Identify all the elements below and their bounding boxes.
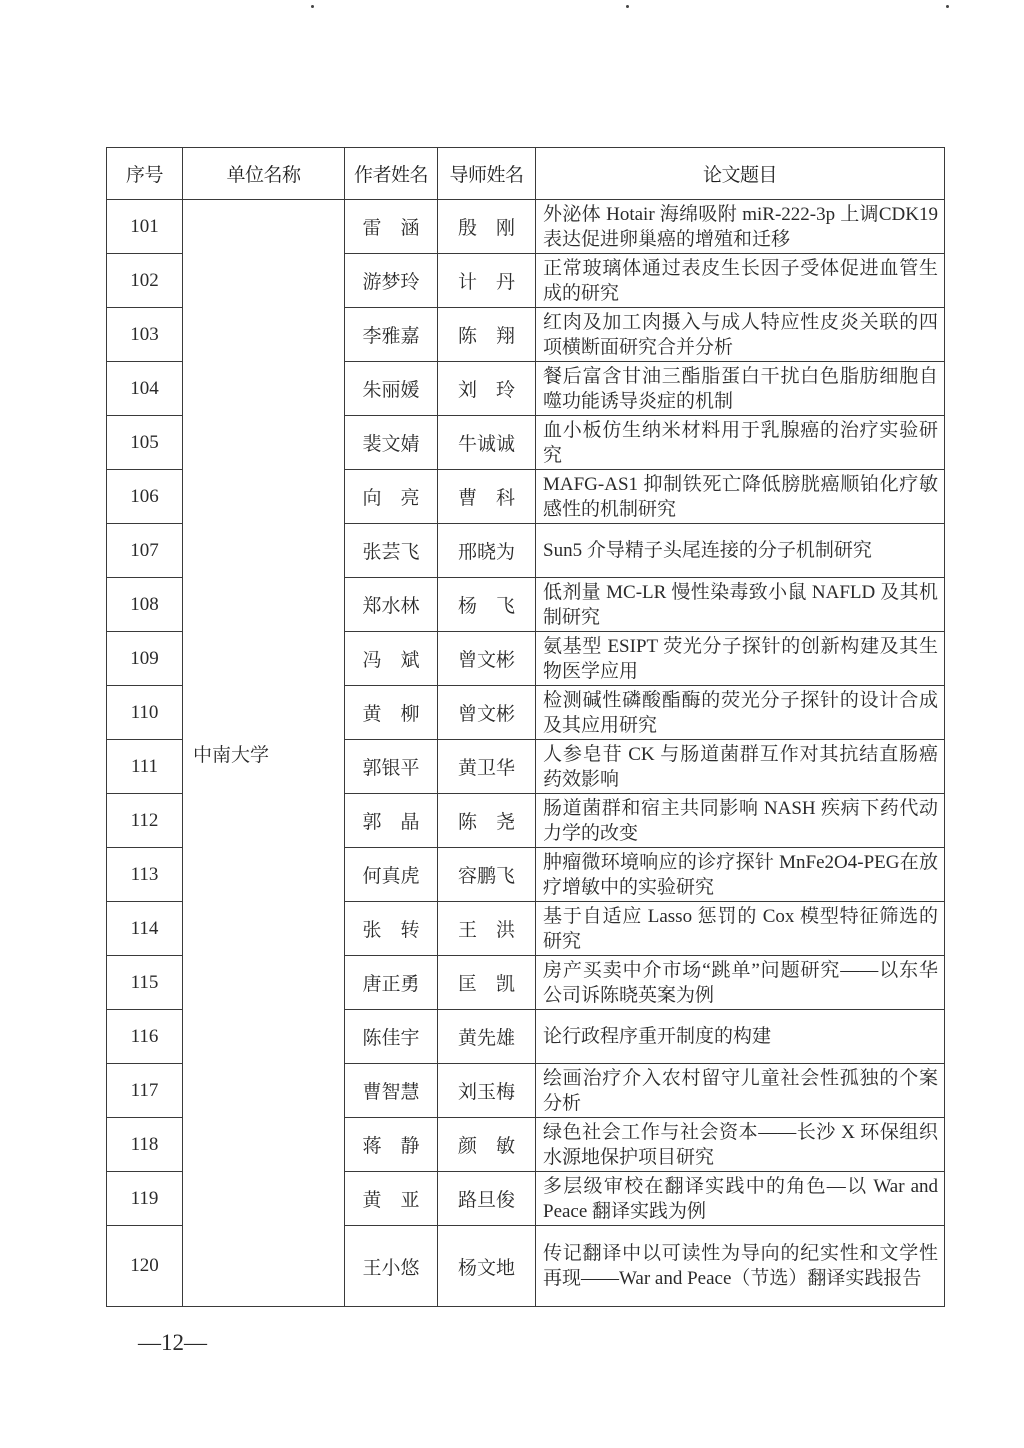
cell-title: 氨基型 ESIPT 荧光分子探针的创新构建及其生物医学应用 xyxy=(536,632,945,686)
cell-title: 绿色社会工作与社会资本——长沙 X 环保组织水源地保护项目研究 xyxy=(536,1118,945,1172)
cell-seq: 105 xyxy=(107,416,183,470)
cell-author: 郭 晶 xyxy=(345,794,438,848)
cell-seq: 106 xyxy=(107,470,183,524)
cell-unit-name: 中南大学 xyxy=(183,200,345,1307)
cell-seq: 101 xyxy=(107,200,183,254)
cell-author: 游梦玲 xyxy=(345,254,438,308)
cell-advisor: 殷 刚 xyxy=(438,200,536,254)
cell-advisor: 刘玉梅 xyxy=(438,1064,536,1118)
cell-seq: 114 xyxy=(107,902,183,956)
cell-seq: 111 xyxy=(107,740,183,794)
cell-seq: 112 xyxy=(107,794,183,848)
cell-author: 裴文婧 xyxy=(345,416,438,470)
cell-seq: 107 xyxy=(107,524,183,578)
cell-advisor: 黄先雄 xyxy=(438,1010,536,1064)
cell-seq: 119 xyxy=(107,1172,183,1226)
cell-title: 传记翻译中以可读性为导向的纪实性和文学性再现——War and Peace（节选… xyxy=(536,1226,945,1307)
cell-title: 多层级审校在翻译实践中的角色—以 War and Peace 翻译实践为例 xyxy=(536,1172,945,1226)
cell-title: 低剂量 MC-LR 慢性染毒致小鼠 NAFLD 及其机制研究 xyxy=(536,578,945,632)
cell-advisor: 颜 敏 xyxy=(438,1118,536,1172)
cell-author: 蒋 静 xyxy=(345,1118,438,1172)
table-row: 101 中南大学 雷 涵 殷 刚 外泌体 Hotair 海绵吸附 miR-222… xyxy=(107,200,945,254)
cell-advisor: 牛诚诚 xyxy=(438,416,536,470)
cell-author: 何真虎 xyxy=(345,848,438,902)
cell-author: 陈佳宇 xyxy=(345,1010,438,1064)
page-number: —12— xyxy=(138,1330,207,1356)
cell-author: 冯 斌 xyxy=(345,632,438,686)
cell-author: 唐正勇 xyxy=(345,956,438,1010)
cell-author: 黄 柳 xyxy=(345,686,438,740)
cell-title: 绘画治疗介入农村留守儿童社会性孤独的个案分析 xyxy=(536,1064,945,1118)
header-author: 作者姓名 xyxy=(345,148,438,200)
cell-title: 房产买卖中介市场“跳单”问题研究——以东华公司诉陈晓英案为例 xyxy=(536,956,945,1010)
cell-title: 论行政程序重开制度的构建 xyxy=(536,1010,945,1064)
cell-title: 血小板仿生纳米材料用于乳腺癌的治疗实验研究 xyxy=(536,416,945,470)
cell-advisor: 陈 尧 xyxy=(438,794,536,848)
cell-seq: 118 xyxy=(107,1118,183,1172)
award-list-table-container: 序号 单位名称 作者姓名 导师姓名 论文题目 101 中南大学 雷 涵 殷 刚 … xyxy=(106,147,944,1307)
cell-title: Sun5 介导精子头尾连接的分子机制研究 xyxy=(536,524,945,578)
cell-seq: 117 xyxy=(107,1064,183,1118)
cell-seq: 116 xyxy=(107,1010,183,1064)
cell-title: 餐后富含甘油三酯脂蛋白干扰白色脂肪细胞自噬功能诱导炎症的机制 xyxy=(536,362,945,416)
cell-author: 曹智慧 xyxy=(345,1064,438,1118)
header-title: 论文题目 xyxy=(536,148,945,200)
cell-advisor: 曾文彬 xyxy=(438,632,536,686)
cell-seq: 102 xyxy=(107,254,183,308)
cell-advisor: 黄卫华 xyxy=(438,740,536,794)
table-body: 101 中南大学 雷 涵 殷 刚 外泌体 Hotair 海绵吸附 miR-222… xyxy=(107,200,945,1307)
cell-seq: 120 xyxy=(107,1226,183,1307)
cell-advisor: 曾文彬 xyxy=(438,686,536,740)
cell-author: 李雅嘉 xyxy=(345,308,438,362)
cell-title: 检测碱性磷酸酯酶的荧光分子探针的设计合成及其应用研究 xyxy=(536,686,945,740)
cell-advisor: 邢晓为 xyxy=(438,524,536,578)
cell-author: 雷 涵 xyxy=(345,200,438,254)
cell-title: 正常玻璃体通过表皮生长因子受体促进血管生成的研究 xyxy=(536,254,945,308)
cell-title: 肿瘤微环境响应的诊疗探针 MnFe2O4-PEG在放疗增敏中的实验研究 xyxy=(536,848,945,902)
cell-advisor: 杨 飞 xyxy=(438,578,536,632)
cell-author: 王小悠 xyxy=(345,1226,438,1307)
cell-seq: 104 xyxy=(107,362,183,416)
cell-advisor: 陈 翔 xyxy=(438,308,536,362)
cell-seq: 103 xyxy=(107,308,183,362)
cell-seq: 115 xyxy=(107,956,183,1010)
award-list-table: 序号 单位名称 作者姓名 导师姓名 论文题目 101 中南大学 雷 涵 殷 刚 … xyxy=(106,147,945,1307)
cell-advisor: 匡 凯 xyxy=(438,956,536,1010)
cell-advisor: 路旦俊 xyxy=(438,1172,536,1226)
cell-author: 朱丽媛 xyxy=(345,362,438,416)
cell-title: 红肉及加工肉摄入与成人特应性皮炎关联的四项横断面研究合并分析 xyxy=(536,308,945,362)
cell-advisor: 计 丹 xyxy=(438,254,536,308)
cell-title: MAFG-AS1 抑制铁死亡降低膀胱癌顺铂化疗敏感性的机制研究 xyxy=(536,470,945,524)
cell-title: 基于自适应 Lasso 惩罚的 Cox 模型特征筛选的研究 xyxy=(536,902,945,956)
scan-mark xyxy=(626,5,629,8)
cell-seq: 109 xyxy=(107,632,183,686)
cell-title: 肠道菌群和宿主共同影响 NASH 疾病下药代动力学的改变 xyxy=(536,794,945,848)
cell-seq: 108 xyxy=(107,578,183,632)
cell-seq: 110 xyxy=(107,686,183,740)
table-header-row: 序号 单位名称 作者姓名 导师姓名 论文题目 xyxy=(107,148,945,200)
cell-author: 向 亮 xyxy=(345,470,438,524)
cell-advisor: 容鹏飞 xyxy=(438,848,536,902)
header-advisor: 导师姓名 xyxy=(438,148,536,200)
cell-author: 郑水林 xyxy=(345,578,438,632)
scan-mark xyxy=(946,5,949,8)
cell-title: 外泌体 Hotair 海绵吸附 miR-222-3p 上调CDK19 表达促进卵… xyxy=(536,200,945,254)
header-unit: 单位名称 xyxy=(183,148,345,200)
cell-advisor: 刘 玲 xyxy=(438,362,536,416)
cell-advisor: 曹 科 xyxy=(438,470,536,524)
cell-advisor: 王 洪 xyxy=(438,902,536,956)
cell-author: 张 转 xyxy=(345,902,438,956)
cell-author: 郭银平 xyxy=(345,740,438,794)
cell-advisor: 杨文地 xyxy=(438,1226,536,1307)
scan-mark xyxy=(311,5,314,8)
cell-author: 张芸飞 xyxy=(345,524,438,578)
cell-author: 黄 亚 xyxy=(345,1172,438,1226)
header-seq: 序号 xyxy=(107,148,183,200)
cell-seq: 113 xyxy=(107,848,183,902)
cell-title: 人参皂苷 CK 与肠道菌群互作对其抗结直肠癌药效影响 xyxy=(536,740,945,794)
